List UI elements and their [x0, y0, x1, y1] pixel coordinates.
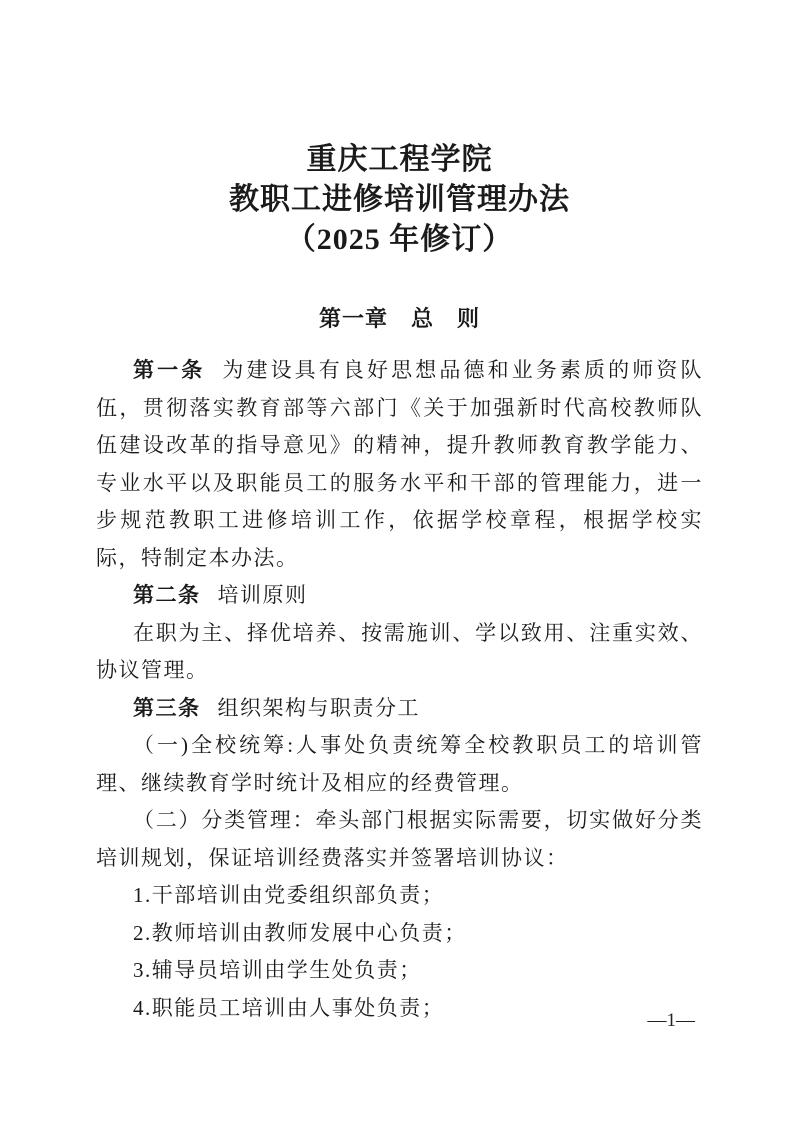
title-line-1: 重庆工程学院: [96, 140, 703, 180]
paragraph-article-3: 第三条组织架构与职责分工: [96, 690, 703, 728]
paragraph-numbered-1: 1.干部培训由党委组织部负责；: [96, 877, 703, 915]
document-page: 重庆工程学院 教职工进修培训管理办法 （2025 年修订） 第一章 总 则 第一…: [0, 0, 794, 1122]
paragraph-text: 3.辅导员培训由学生处负责；: [133, 958, 422, 982]
paragraph-numbered-2: 2.教师培训由教师发展中心负责；: [96, 915, 703, 953]
title-line-3: （2025 年修订）: [96, 220, 703, 260]
paragraph-text: （二）分类管理：牵头部门根据实际需要，切实做好分类培训规划，保证培训经费落实并签…: [96, 808, 703, 870]
paragraph-text: 4.职能员工培训由人事处负责；: [133, 996, 444, 1020]
paragraph-text: 为建设具有良好思想品德和业务素质的师资队伍，贯彻落实教育部等六部门《关于加强新时…: [96, 358, 703, 570]
page-number: —1—: [648, 1010, 696, 1032]
paragraph-item-1: （一)全校统筹:人事处负责统筹全校教职员工的培训管理、继续教育学时统计及相应的经…: [96, 727, 703, 802]
document-title: 重庆工程学院 教职工进修培训管理办法 （2025 年修订）: [96, 140, 703, 260]
paragraph-article-1: 第一条为建设具有良好思想品德和业务素质的师资队伍，贯彻落实教育部等六部门《关于加…: [96, 352, 703, 577]
paragraph-text: 培训原则: [218, 583, 308, 607]
paragraph-numbered-3: 3.辅导员培训由学生处负责；: [96, 952, 703, 990]
document-content: 重庆工程学院 教职工进修培训管理办法 （2025 年修订） 第一章 总 则 第一…: [0, 140, 794, 1027]
paragraph-text: 2.教师培训由教师发展中心负责；: [133, 921, 467, 945]
paragraph-text: 组织架构与职责分工: [218, 696, 421, 720]
title-line-2: 教职工进修培训管理办法: [96, 180, 703, 220]
paragraph-article-2: 第二条培训原则: [96, 577, 703, 615]
paragraph-text: 在职为主、择优培养、按需施训、学以致用、注重实效、协议管理。: [96, 621, 703, 683]
chapter-heading: 第一章 总 则: [96, 306, 703, 332]
paragraph-item-2: （二）分类管理：牵头部门根据实际需要，切实做好分类培训规划，保证培训经费落实并签…: [96, 802, 703, 877]
article-label: 第一条: [133, 358, 205, 382]
article-label: 第三条: [133, 696, 201, 720]
paragraph-text: （一)全校统筹:人事处负责统筹全校教职员工的培训管理、继续教育学时统计及相应的经…: [96, 733, 703, 795]
document-body: 第一条为建设具有良好思想品德和业务素质的师资队伍，贯彻落实教育部等六部门《关于加…: [96, 352, 703, 1027]
paragraph-numbered-4: 4.职能员工培训由人事处负责；: [96, 990, 703, 1028]
article-label: 第二条: [133, 583, 201, 607]
paragraph-text: 1.干部培训由党委组织部负责；: [133, 883, 444, 907]
paragraph-principles: 在职为主、择优培养、按需施训、学以致用、注重实效、协议管理。: [96, 615, 703, 690]
